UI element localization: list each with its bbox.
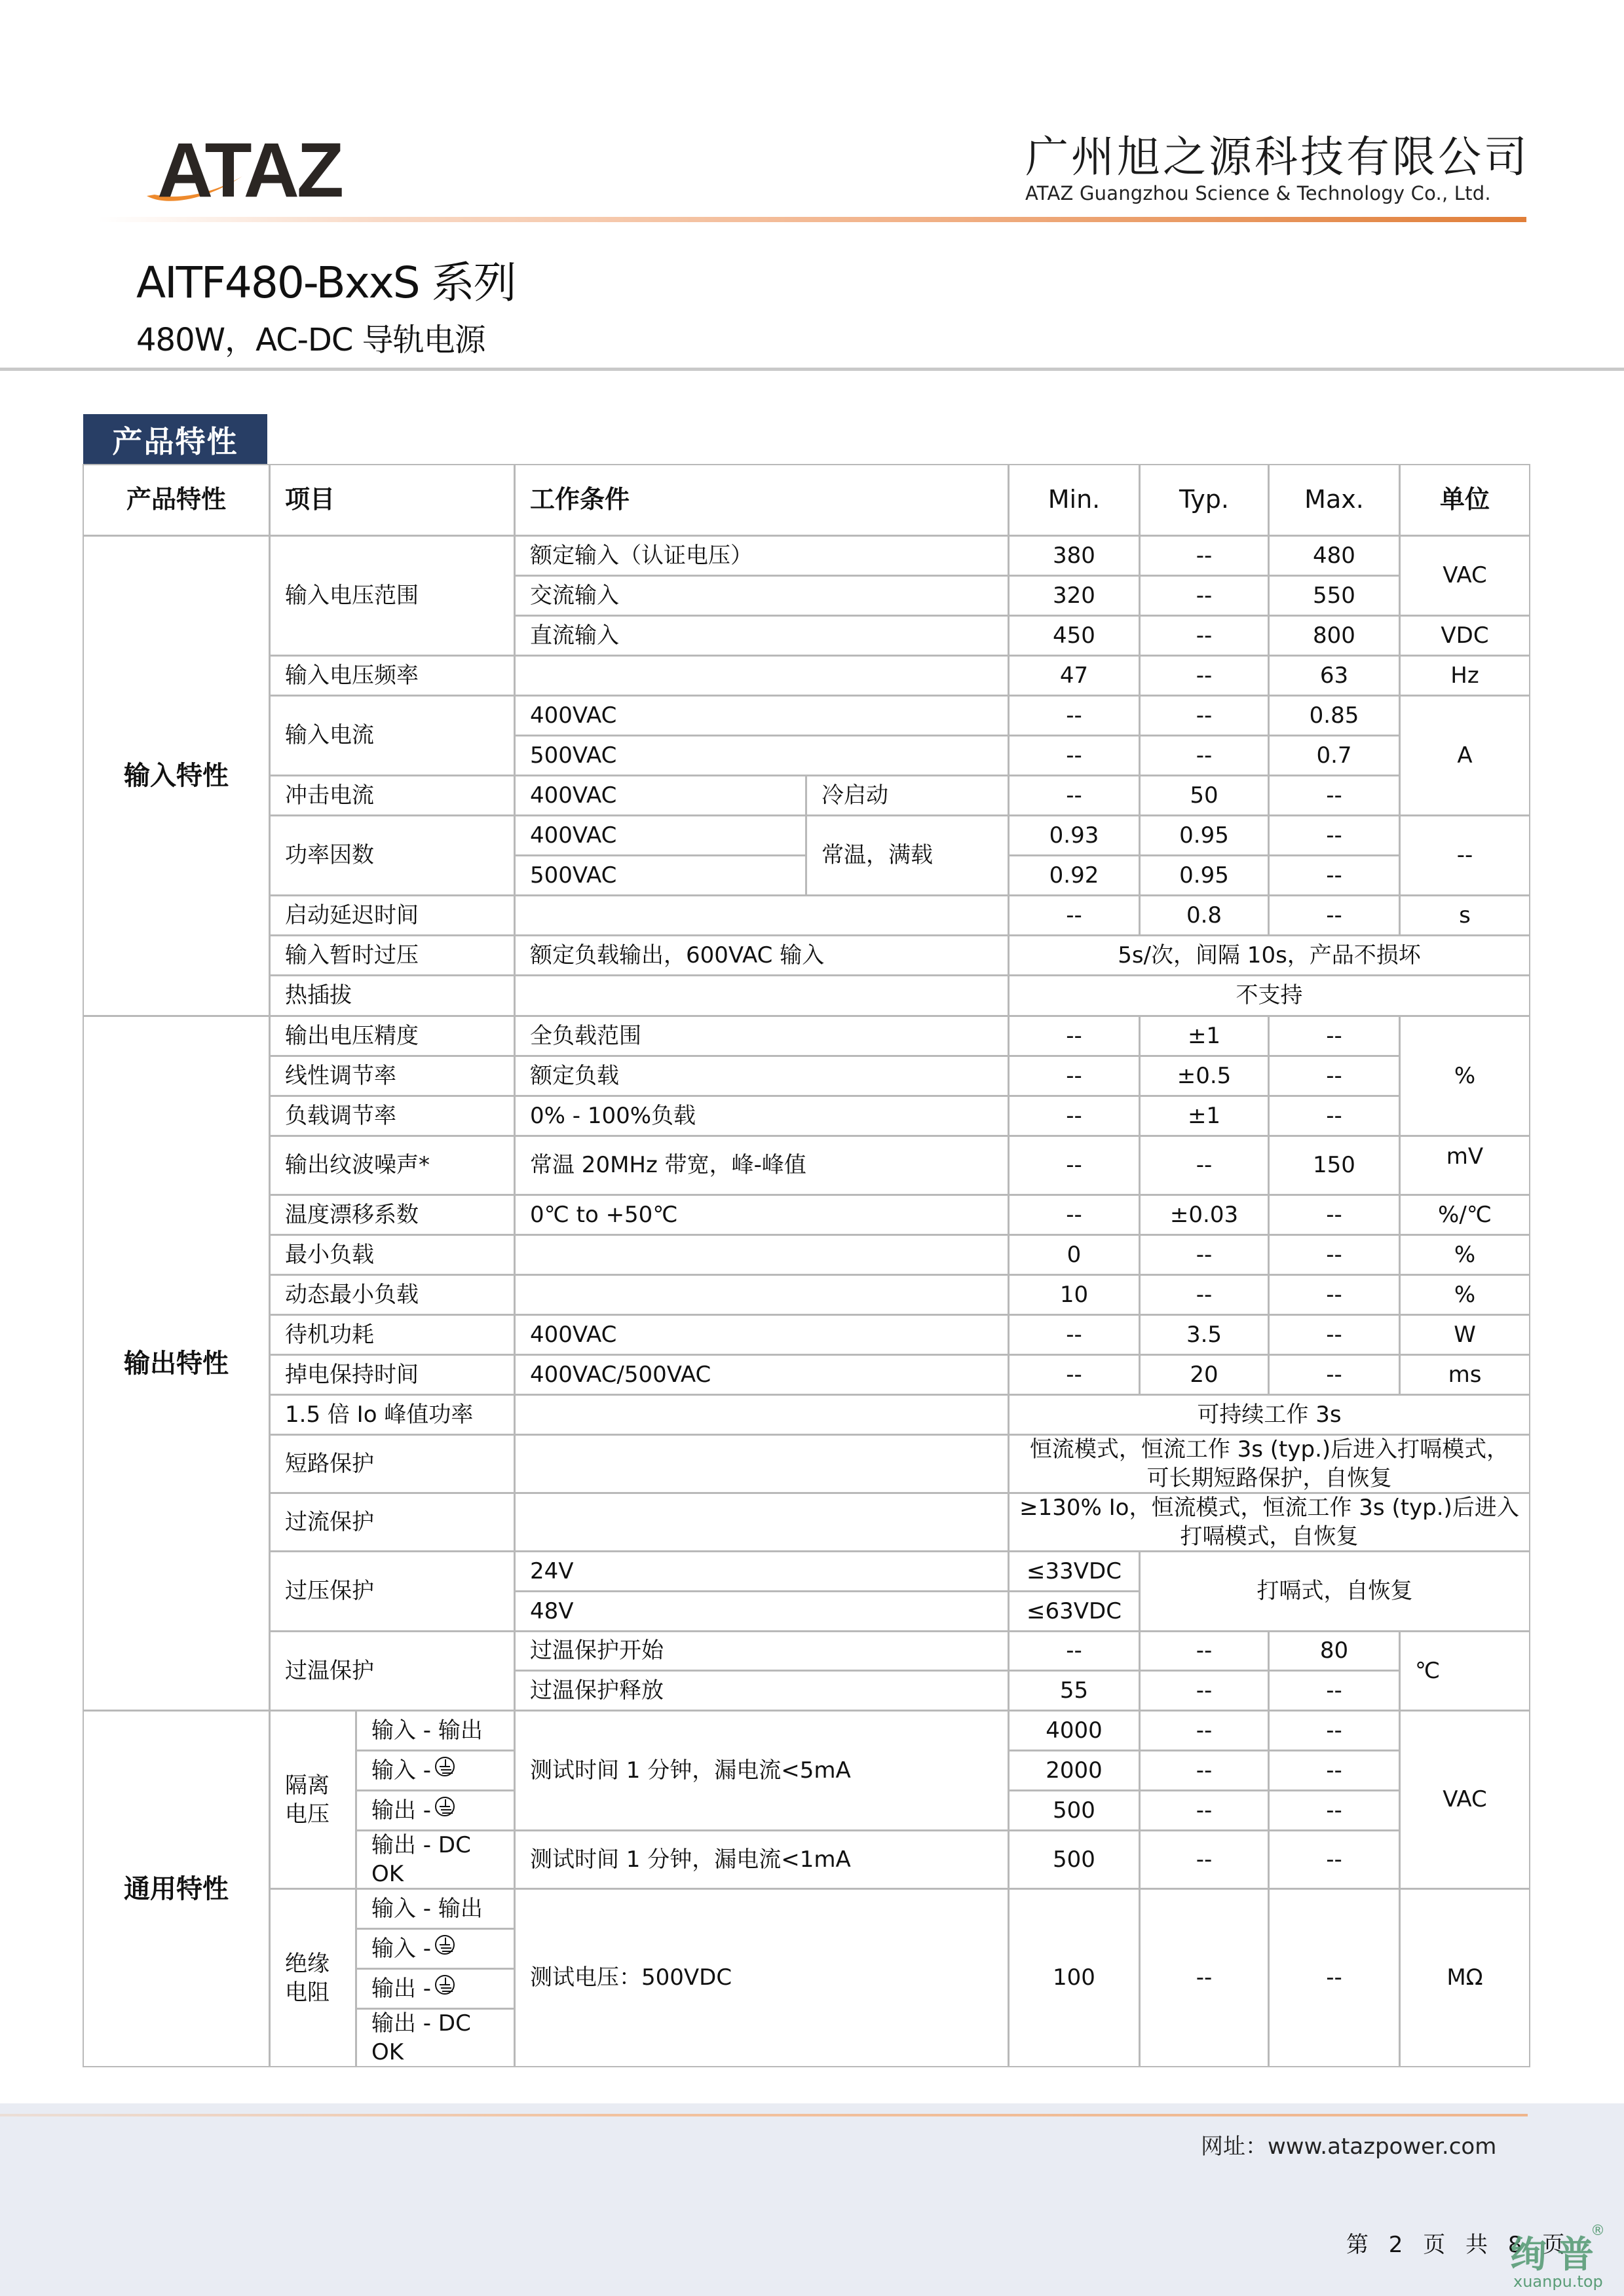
section-badge: 产品特性 [83, 414, 267, 465]
item-hot-plug: 热插拔 [269, 975, 515, 1016]
min: -- [1008, 1195, 1140, 1235]
typ: -- [1139, 1631, 1269, 1671]
sub-item: 输入 - 输出 [356, 1710, 515, 1751]
sub-item-label: 输入 - [371, 1934, 431, 1963]
unit: MΩ [1399, 1888, 1530, 2067]
sub-item: 输出 - DC OK [356, 1830, 515, 1889]
typ: -- [1139, 695, 1269, 736]
typ: -- [1139, 1136, 1269, 1195]
col-header-item: 项目 [269, 464, 515, 536]
unit: ms [1399, 1354, 1530, 1395]
min: 55 [1008, 1670, 1140, 1711]
unit: VAC [1399, 535, 1530, 616]
max: -- [1268, 1016, 1400, 1056]
min: 0.93 [1008, 815, 1140, 856]
typ: -- [1139, 655, 1269, 696]
sub-item-label: 输入 - [371, 1756, 431, 1785]
max: -- [1268, 1056, 1400, 1096]
max: -- [1268, 1750, 1400, 1791]
item-inrush-current: 冲击电流 [269, 775, 515, 816]
sub-item: 输出 - [356, 1790, 515, 1831]
col-header-min: Min. [1008, 464, 1140, 536]
max: -- [1268, 1670, 1400, 1711]
typ: ±0.5 [1139, 1056, 1269, 1096]
min: 0 [1008, 1234, 1140, 1275]
min: -- [1008, 1096, 1140, 1136]
cond: 48V [514, 1591, 1009, 1632]
cond: 500VAC [514, 855, 806, 896]
ground-icon [435, 1757, 455, 1776]
cond: 24V [514, 1551, 1009, 1592]
max: 80 [1268, 1631, 1400, 1671]
cond: 测试时间 1 分钟，漏电流<1mA [514, 1830, 1009, 1889]
typ: -- [1139, 615, 1269, 656]
col-header-typ: Typ. [1139, 464, 1269, 536]
typ: -- [1139, 1750, 1269, 1791]
max: -- [1268, 1354, 1400, 1395]
cond: 400VAC [514, 695, 1009, 736]
sub-item: 输入 - [356, 1750, 515, 1791]
registered-icon: ® [1591, 2223, 1605, 2239]
item-min-load: 最小负载 [269, 1234, 515, 1275]
min: 4000 [1008, 1710, 1140, 1751]
col-header-category: 产品特性 [83, 464, 270, 536]
unit: VAC [1399, 1710, 1530, 1889]
min: 450 [1008, 615, 1140, 656]
min: 500 [1008, 1830, 1140, 1889]
logo-text: ATAZ [157, 134, 341, 206]
typ: -- [1139, 1830, 1269, 1889]
item-dynamic-min-load: 动态最小负载 [269, 1274, 515, 1315]
min: 0.92 [1008, 855, 1140, 896]
typ: -- [1139, 1790, 1269, 1831]
cond: 额定负载输出，600VAC 输入 [514, 935, 1009, 976]
unit: -- [1399, 815, 1530, 896]
max: 150 [1268, 1136, 1400, 1195]
min: ≤33VDC [1008, 1551, 1140, 1592]
cond [514, 1434, 1009, 1493]
max: -- [1268, 1790, 1400, 1831]
section-output: 输出特性 [83, 1016, 270, 1711]
min: -- [1008, 735, 1140, 776]
item-temp-coefficient: 温度漂移系数 [269, 1195, 515, 1235]
item-peak-power: 1.5 倍 Io 峰值功率 [269, 1394, 515, 1435]
min: 100 [1008, 1888, 1140, 2067]
sub-item: 输入 - 输出 [356, 1888, 515, 1929]
item-input-current: 输入电流 [269, 695, 515, 776]
min: -- [1008, 1016, 1140, 1056]
website-link[interactable]: 网址：www.atazpower.com [1201, 2128, 1496, 2160]
typ: -- [1139, 535, 1269, 576]
cond: 直流输入 [514, 615, 1009, 656]
min: 320 [1008, 575, 1140, 616]
item-voltage-accuracy: 输出电压精度 [269, 1016, 515, 1056]
typ: -- [1139, 1670, 1269, 1711]
cond [514, 975, 1009, 1016]
item-load-regulation: 负载调节率 [269, 1096, 515, 1136]
unit: % [1399, 1016, 1530, 1136]
item-isolation-voltage: 隔离电压 [269, 1710, 356, 1889]
unit: mV [1399, 1136, 1530, 1195]
unit: VDC [1399, 615, 1530, 656]
typ: ±0.03 [1139, 1195, 1269, 1235]
item-input-surge: 输入暂时过压 [269, 935, 515, 976]
typ: -- [1139, 1710, 1269, 1751]
sub-item: 输出 - [356, 1968, 515, 2009]
typ: 50 [1139, 775, 1269, 816]
min: -- [1008, 1631, 1140, 1671]
cond [514, 1394, 1009, 1435]
max: -- [1268, 895, 1400, 936]
max: 480 [1268, 535, 1400, 576]
item-ripple-noise: 输出纹波噪声* [269, 1136, 515, 1195]
max: -- [1268, 1830, 1400, 1889]
span-value: 恒流模式，恒流工作 3s (typ.)后进入打嗝模式，可长期短路保护，自恢复 [1008, 1434, 1530, 1493]
cond: 过温保护释放 [514, 1670, 1009, 1711]
cond: 常温 20MHz 带宽，峰-峰值 [514, 1136, 1009, 1195]
section-input: 输入特性 [83, 535, 270, 1016]
footer-divider [0, 2114, 1528, 2116]
max: -- [1268, 1234, 1400, 1275]
ground-icon [435, 1935, 455, 1955]
cond: 400VAC [514, 775, 806, 816]
cond2: 常温，满载 [806, 815, 1009, 896]
cond [514, 1234, 1009, 1275]
max: 0.7 [1268, 735, 1400, 776]
typ: -- [1139, 1274, 1269, 1315]
ground-icon [435, 1975, 455, 1995]
span-value: 打嗝式，自恢复 [1139, 1551, 1530, 1632]
cond: 测试电压：500VDC [514, 1888, 1009, 2067]
item-hold-up-time: 掉电保持时间 [269, 1354, 515, 1395]
item-over-voltage-protection: 过压保护 [269, 1551, 515, 1632]
typ: 20 [1139, 1354, 1269, 1395]
min: ≤63VDC [1008, 1591, 1140, 1632]
min: -- [1008, 1314, 1140, 1355]
cond: 0℃ to +50℃ [514, 1195, 1009, 1235]
max: -- [1268, 1314, 1400, 1355]
min: -- [1008, 1056, 1140, 1096]
cond: 过温保护开始 [514, 1631, 1009, 1671]
item-over-current-protection: 过流保护 [269, 1493, 515, 1552]
max: -- [1268, 1710, 1400, 1751]
cond: 400VAC [514, 1314, 1009, 1355]
col-header-condition: 工作条件 [514, 464, 1009, 536]
cond [514, 1274, 1009, 1315]
cond: 额定负载 [514, 1056, 1009, 1096]
unit: W [1399, 1314, 1530, 1355]
typ: -- [1139, 735, 1269, 776]
min: -- [1008, 1136, 1140, 1195]
sub-item-label: 输出 - [371, 1974, 431, 2003]
unit: % [1399, 1274, 1530, 1315]
insulation-label: 绝缘电阻 [285, 1949, 332, 2007]
item-standby-power: 待机功耗 [269, 1314, 515, 1355]
item-input-voltage-range: 输入电压范围 [269, 535, 515, 656]
ataz-logo: ATAZ [138, 134, 360, 206]
min: 47 [1008, 655, 1140, 696]
min: -- [1008, 695, 1140, 736]
span-value: 可持续工作 3s [1008, 1394, 1530, 1435]
watermark-url: xuanpu.top [1513, 2272, 1603, 2291]
cond: 400VAC [514, 815, 806, 856]
min: 2000 [1008, 1750, 1140, 1791]
max: -- [1268, 775, 1400, 816]
max: -- [1268, 1096, 1400, 1136]
min: 500 [1008, 1790, 1140, 1831]
company-name-en: ATAZ Guangzhou Science & Technology Co.,… [1025, 182, 1491, 204]
section-general: 通用特性 [83, 1710, 270, 2067]
cond: 额定输入（认证电压） [514, 535, 1009, 576]
typ: 0.95 [1139, 855, 1269, 896]
col-header-unit: 单位 [1399, 464, 1530, 536]
unit: % [1399, 1234, 1530, 1275]
cond [514, 895, 1009, 936]
cond: 全负载范围 [514, 1016, 1009, 1056]
item-over-temp-protection: 过温保护 [269, 1631, 515, 1711]
typ: -- [1139, 575, 1269, 616]
typ: ±1 [1139, 1016, 1269, 1056]
max: -- [1268, 1888, 1400, 2067]
min: -- [1008, 1354, 1140, 1395]
cond: 交流输入 [514, 575, 1009, 616]
page-subtitle: 480W，AC-DC 导轨电源 [136, 315, 485, 360]
cond: 测试时间 1 分钟，漏电流<5mA [514, 1710, 1009, 1831]
min: 380 [1008, 535, 1140, 576]
max: 550 [1268, 575, 1400, 616]
max: 800 [1268, 615, 1400, 656]
cond: 0% - 100%负载 [514, 1096, 1009, 1136]
span-value: 5s/次，间隔 10s，产品不损坏 [1008, 935, 1530, 976]
cond: 500VAC [514, 735, 1009, 776]
span-value: 不支持 [1008, 975, 1530, 1016]
min: -- [1008, 895, 1140, 936]
max: -- [1268, 1195, 1400, 1235]
typ: 0.8 [1139, 895, 1269, 936]
item-power-factor: 功率因数 [269, 815, 515, 896]
sub-item: 输入 - [356, 1928, 515, 1969]
typ: ±1 [1139, 1096, 1269, 1136]
unit: s [1399, 895, 1530, 936]
typ: -- [1139, 1234, 1269, 1275]
min: 10 [1008, 1274, 1140, 1315]
unit: ℃ [1399, 1631, 1530, 1711]
sub-item: 输出 - DC OK [356, 2008, 515, 2067]
item-insulation-resistance: 绝缘电阻 [269, 1888, 356, 2067]
typ: 0.95 [1139, 815, 1269, 856]
cond [514, 1493, 1009, 1552]
item-line-regulation: 线性调节率 [269, 1056, 515, 1096]
max: -- [1268, 815, 1400, 856]
typ: 3.5 [1139, 1314, 1269, 1355]
span-value: ≥130% Io，恒流模式，恒流工作 3s (typ.)后进入打嗝模式，自恢复 [1008, 1493, 1530, 1552]
header-divider [98, 217, 1526, 222]
item-short-circuit-protection: 短路保护 [269, 1434, 515, 1493]
unit: A [1399, 695, 1530, 816]
cond: 400VAC/500VAC [514, 1354, 1009, 1395]
isolation-label: 隔离电压 [285, 1771, 332, 1829]
col-header-max: Max. [1268, 464, 1400, 536]
min: -- [1008, 775, 1140, 816]
page-title: AITF480-BxxS 系列 [136, 248, 516, 310]
max: -- [1268, 855, 1400, 896]
max: -- [1268, 1274, 1400, 1315]
typ: -- [1139, 1888, 1269, 2067]
cond [514, 655, 1009, 696]
cond2: 冷启动 [806, 775, 1009, 816]
title-divider [0, 368, 1624, 371]
unit: %/℃ [1399, 1195, 1530, 1235]
company-name-cn: 广州旭之源科技有限公司 [1025, 131, 1530, 183]
item-startup-delay: 启动延迟时间 [269, 895, 515, 936]
item-input-frequency: 输入电压频率 [269, 655, 515, 696]
unit: Hz [1399, 655, 1530, 696]
ground-icon [435, 1797, 455, 1816]
max: 0.85 [1268, 695, 1400, 736]
max: 63 [1268, 655, 1400, 696]
sub-item-label: 输出 - [371, 1796, 431, 1825]
